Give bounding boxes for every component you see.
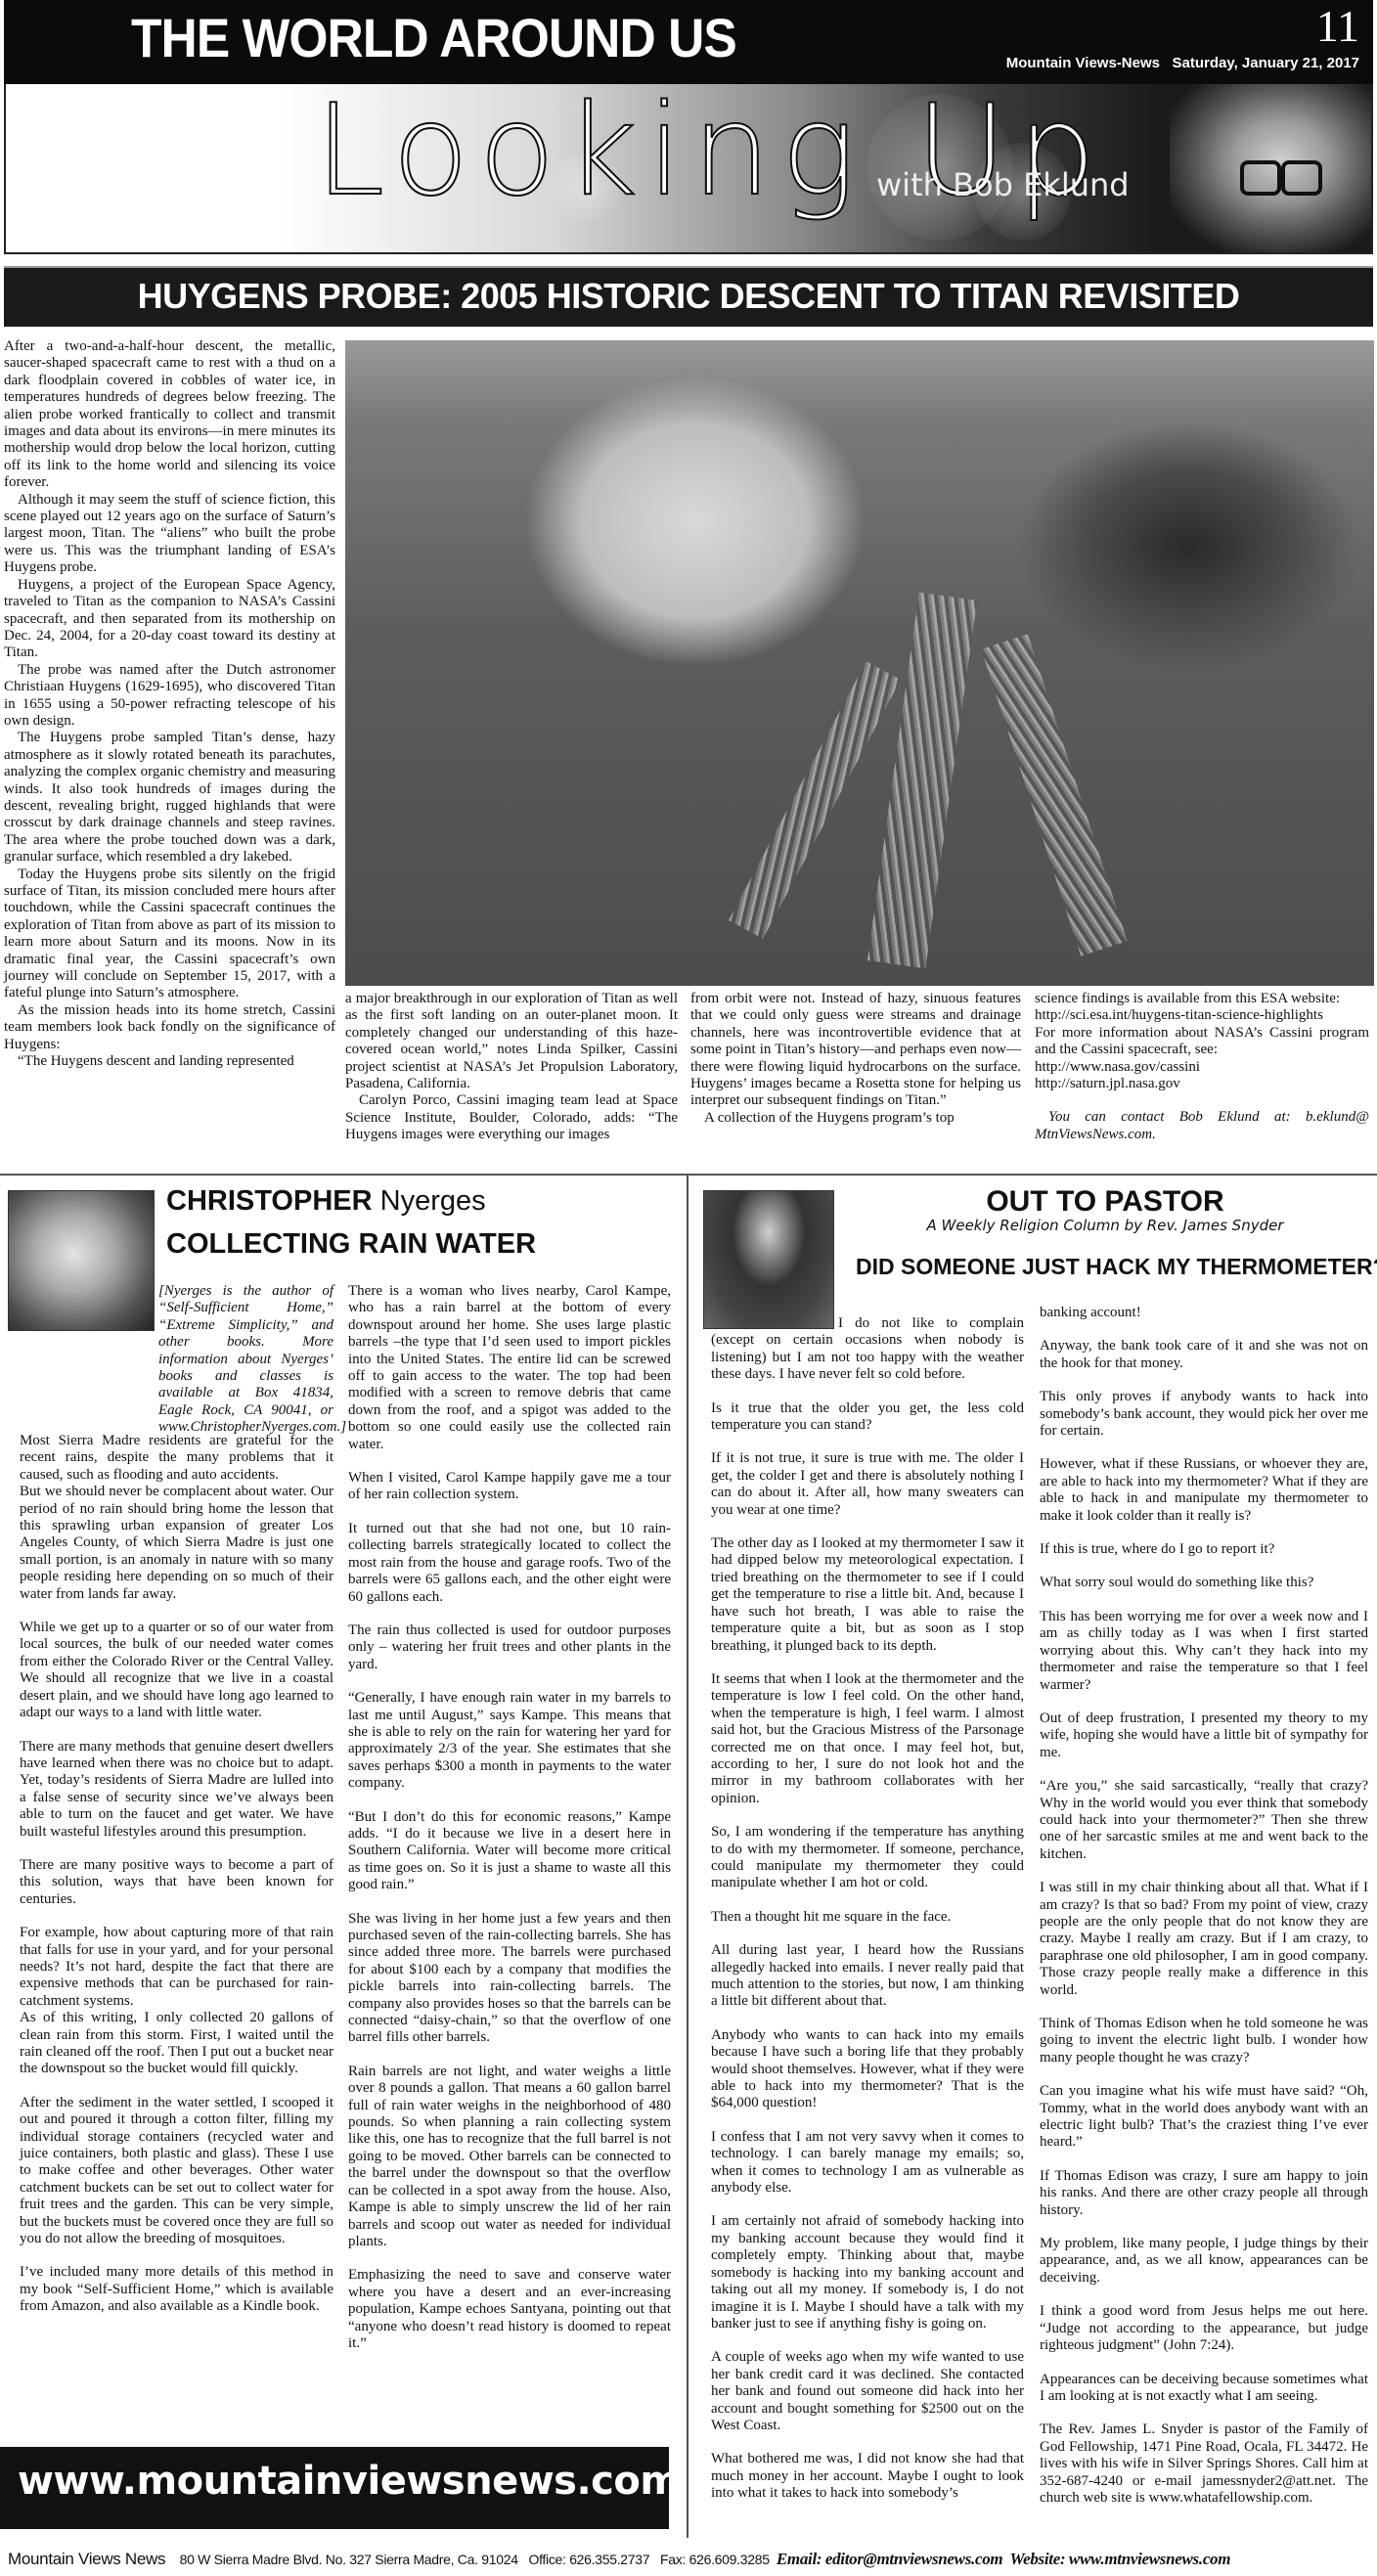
paragraph: I confess that I am not very savvy when …	[711, 2129, 1024, 2198]
page-footer: Mountain Views News 80 W Sierra Madre Bl…	[8, 2550, 1375, 2569]
paragraph: Anyway, the bank took care of it and she…	[1040, 1338, 1368, 1372]
paragraph: Appearances can be deceiving because som…	[1040, 2372, 1368, 2406]
esa-link[interactable]: http://sci.esa.int/huygens-titan-science…	[1035, 1007, 1369, 1024]
paragraph: I’ve included many more details of this …	[20, 2264, 333, 2315]
paper-dateline: Mountain Views-News Saturday, January 21…	[1006, 55, 1359, 71]
paragraph: When I visited, Carol Kampe happily gave…	[348, 1470, 671, 1504]
paragraph: If it is not true, it sure is true with …	[711, 1450, 1024, 1519]
paragraph: The Rev. James L. Snyder is pastor of th…	[1040, 2421, 1368, 2507]
paragraph: “Generally, I have enough rain water in …	[348, 1690, 671, 1792]
footer-website-label: Website:	[1010, 2550, 1066, 2568]
author-last-name: Nyerges	[380, 1185, 486, 1217]
paragraph: For example, how about capturing more of…	[20, 1925, 333, 2010]
bio-text: [Nyerges is the author of “Self-Sufficie…	[20, 1283, 333, 1437]
glasses-left	[1240, 160, 1281, 196]
author-name: CHRISTOPHER Nyerges	[166, 1185, 486, 1218]
paragraph: Think of Thomas Edison when he told some…	[1040, 2016, 1368, 2066]
james-snyder-photo	[703, 1190, 834, 1329]
paragraph: science findings is available from this …	[1035, 991, 1369, 1007]
jpl-saturn-link[interactable]: http://saturn.jpl.nasa.gov	[1035, 1076, 1369, 1092]
paragraph: The other day as I looked at my thermome…	[711, 1535, 1024, 1655]
page-number: 11	[1316, 0, 1359, 52]
paragraph: Then a thought hit me square in the face…	[711, 1909, 1024, 1926]
paragraph: What bothered me was, I did not know she…	[711, 2451, 1024, 2502]
footer-address: 80 W Sierra Madre Blvd. No. 327 Sierra M…	[180, 2552, 518, 2567]
snyder-column-1: I do not like to complain (except on cer…	[711, 1315, 1024, 2519]
paragraph: She was living in her home just a few ye…	[348, 1911, 671, 2047]
website-banner: www.mountainviewsnews.com	[0, 2447, 669, 2529]
headline-bar: HUYGENS PROBE: 2005 HISTORIC DESCENT TO …	[4, 266, 1373, 327]
banner-byline: with Bob Eklund	[876, 166, 1130, 203]
paragraph: I do not like to complain (except on cer…	[711, 1315, 1024, 1384]
paragraph: This has been worrying me for over a wee…	[1040, 1609, 1368, 1694]
paragraph: Emphasizing the need to save and conserv…	[348, 2267, 671, 2352]
issue-date: Saturday, January 21, 2017	[1173, 55, 1360, 71]
paragraph: Carolyn Porco, Cassini imaging team lead…	[345, 1092, 678, 1143]
paragraph: What sorry soul would do something like …	[1040, 1575, 1368, 1591]
titan-surface-photo	[345, 340, 1374, 986]
paragraph: A collection of the Huygens program’s to…	[690, 1110, 1021, 1127]
paragraph: There are many positive ways to become a…	[20, 1857, 333, 1908]
footer-office-phone: Office: 626.355.2737	[529, 2552, 650, 2567]
masthead: THE WORLD AROUND US 11 Mountain Views-Ne…	[4, 0, 1373, 84]
paragraph: Anybody who wants to can hack into my em…	[711, 2027, 1024, 2112]
footer-email[interactable]: editor@mtnviewsnews.com	[825, 2550, 1003, 2568]
paragraph: However, what if these Russians, or whoe…	[1040, 1456, 1368, 1525]
footer-paper-name: Mountain Views News	[8, 2550, 165, 2568]
paragraph: Although it may seem the stuff of scienc…	[4, 492, 335, 577]
paragraph: There are many methods that genuine dese…	[20, 1739, 333, 1841]
paragraph: The rain thus collected is used for outd…	[348, 1622, 671, 1673]
paragraph: For more information about NASA’s Cassin…	[1035, 1025, 1369, 1059]
huygens-column-2: a major breakthrough in our exploration …	[345, 991, 678, 1144]
footer-email-label: Email:	[777, 2550, 822, 2568]
column-banner: Looking Up with Bob Eklund	[4, 84, 1373, 254]
author-bio: [Nyerges is the author of “Self-Sufficie…	[20, 1283, 333, 1437]
paragraph: It turned out that she had not one, but …	[348, 1521, 671, 1606]
article-headline: HUYGENS PROBE: 2005 HISTORIC DESCENT TO …	[4, 276, 1373, 317]
paragraph: Is it true that the older you get, the l…	[711, 1400, 1024, 1435]
column-divider	[687, 1174, 688, 2538]
footer-website[interactable]: www.mtnviewsnews.com	[1069, 2550, 1230, 2568]
huygens-column-1: After a two-and-a-half-hour descent, the…	[4, 338, 335, 1070]
column-name: OUT TO PASTOR	[841, 1185, 1369, 1219]
paragraph: All during last year, I heard how the Ru…	[711, 1942, 1024, 2011]
column-title: COLLECTING RAIN WATER	[166, 1228, 536, 1261]
paragraph: It seems that when I look at the thermom…	[711, 1671, 1024, 1807]
photo-ridge	[981, 634, 1128, 955]
paragraph: As of this writing, I only collected 20 …	[20, 2010, 333, 2078]
paper-name: Mountain Views-News	[1006, 55, 1160, 71]
paragraph: from orbit were not. Instead of hazy, si…	[690, 991, 1021, 1110]
paragraph: I am certainly not afraid of somebody ha…	[711, 2213, 1024, 2332]
huygens-column-4: science findings is available from this …	[1035, 991, 1369, 1143]
column-subtitle: A Weekly Religion Column by Rev. James S…	[841, 1217, 1369, 1234]
paragraph: The Huygens probe sampled Titan’s dense,…	[4, 730, 335, 866]
nasa-cassini-link[interactable]: http://www.nasa.gov/cassini	[1035, 1059, 1369, 1076]
section-title: THE WORLD AROUND US	[131, 6, 736, 69]
snyder-column-2: banking account! Anyway, the bank took c…	[1040, 1305, 1368, 2523]
paragraph: Can you imagine what his wife must have …	[1040, 2083, 1368, 2152]
author-first-name: CHRISTOPHER	[166, 1185, 373, 1217]
photo-ridge	[729, 661, 901, 939]
bob-eklund-photo	[1170, 84, 1371, 252]
paragraph: a major breakthrough in our exploration …	[345, 991, 678, 1092]
glasses-right	[1281, 160, 1322, 196]
paragraph: Huygens, a project of the European Space…	[4, 577, 335, 662]
paragraph: After the sediment in the water settled,…	[20, 2095, 333, 2248]
paragraph: A couple of weeks ago when my wife wante…	[711, 2349, 1024, 2434]
paragraph: “Are you,” she said sarcastically, “real…	[1040, 1778, 1368, 1863]
column-title: DID SOMEONE JUST HACK MY THERMOMETER?	[856, 1254, 1377, 1280]
nyerges-column-2: There is a woman who lives nearby, Carol…	[348, 1283, 671, 2369]
paragraph: My problem, like many people, I judge th…	[1040, 2236, 1368, 2287]
nyerges-column-1: Most Sierra Madre residents are grateful…	[20, 1433, 333, 2332]
paragraph: Today the Huygens probe sits silently on…	[4, 866, 335, 1002]
paragraph: While we get up to a quarter or so of ou…	[20, 1620, 333, 1721]
paragraph: The probe was named after the Dutch astr…	[4, 662, 335, 731]
photo-ridge	[867, 593, 977, 969]
paragraph: Most Sierra Madre residents are grateful…	[20, 1433, 333, 1484]
paragraph: There is a woman who lives nearby, Carol…	[348, 1283, 671, 1453]
paragraph: Rain barrels are not light, and water we…	[348, 2064, 671, 2250]
author-contact: You can contact Bob Eklund at: b.eklund@…	[1035, 1109, 1369, 1143]
paragraph: If Thomas Edison was crazy, I sure am ha…	[1040, 2168, 1368, 2219]
footer-fax: Fax: 626.609.3285	[660, 2552, 770, 2567]
paragraph: But we should never be complacent about …	[20, 1484, 333, 1603]
paragraph: “The Huygens descent and landing represe…	[4, 1053, 335, 1070]
paragraph: “But I don’t do this for economic reason…	[348, 1809, 671, 1894]
paragraph: I was still in my chair thinking about a…	[1040, 1880, 1368, 1999]
paragraph: This only proves if anybody wants to hac…	[1040, 1389, 1368, 1440]
paragraph: As the mission heads into its home stret…	[4, 1002, 335, 1053]
section-divider	[0, 1174, 1377, 1176]
paragraph: Out of deep frustration, I presented my …	[1040, 1710, 1368, 1761]
website-url[interactable]: www.mountainviewsnews.com	[18, 2459, 681, 2504]
huygens-column-3: from orbit were not. Instead of hazy, si…	[690, 991, 1021, 1127]
paragraph: If this is true, where do I go to report…	[1040, 1541, 1368, 1558]
paragraph: banking account!	[1040, 1305, 1368, 1321]
paragraph: So, I am wondering if the temperature ha…	[711, 1824, 1024, 1892]
paragraph: I think a good word from Jesus helps me …	[1040, 2303, 1368, 2354]
paragraph: After a two-and-a-half-hour descent, the…	[4, 338, 335, 492]
